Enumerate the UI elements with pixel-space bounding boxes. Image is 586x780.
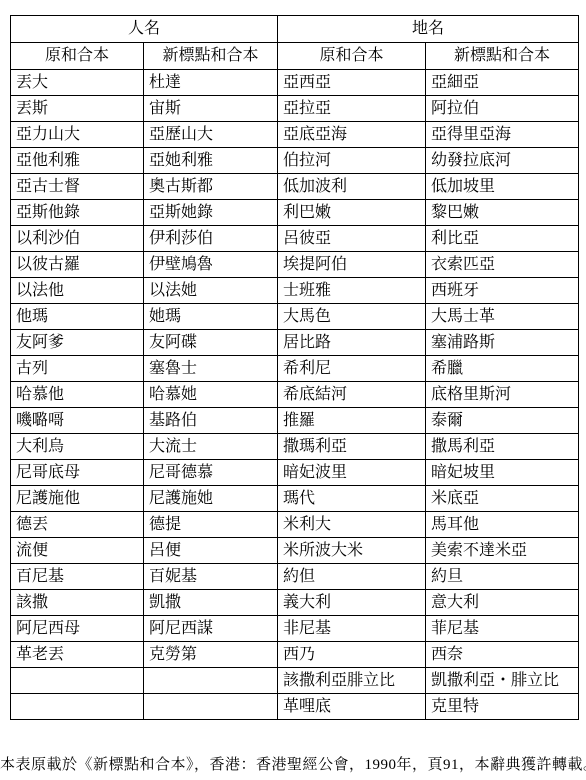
table-row: 嘰𡀔𠹭基路伯推羅泰爾	[11, 408, 579, 434]
table-cell: 伊壁鳩魯	[144, 252, 278, 278]
table-cell: 流便	[11, 538, 144, 564]
table-cell: 大馬士革	[426, 304, 579, 330]
table-cell: 希利尼	[278, 356, 426, 382]
table-cell: 古列	[11, 356, 144, 382]
table-row: 該撒凱撒義大利意大利	[11, 590, 579, 616]
table-cell: 百妮基	[144, 564, 278, 590]
table-cell: 米所波大米	[278, 538, 426, 564]
table-cell: 呂便	[144, 538, 278, 564]
table-cell: 尼哥德慕	[144, 460, 278, 486]
table-cell: 西奈	[426, 642, 579, 668]
table-cell: 利巴嫩	[278, 200, 426, 226]
table-cell: 亞得里亞海	[426, 122, 579, 148]
table-cell: 尼護施他	[11, 486, 144, 512]
table-cell: 撒瑪利亞	[278, 434, 426, 460]
table-row: 哈慕他哈慕她希底結河底格里斯河	[11, 382, 579, 408]
table-cell: 希底結河	[278, 382, 426, 408]
table-cell: 泰爾	[426, 408, 579, 434]
column-header-person-new: 新標點和合本	[144, 43, 278, 70]
table-cell: 亞他利雅	[11, 148, 144, 174]
table-row: 他瑪她瑪大馬色大馬士革	[11, 304, 579, 330]
table-cell: 亞斯他錄	[11, 200, 144, 226]
table-row: 古列塞魯士希利尼希臘	[11, 356, 579, 382]
table-cell: 杜達	[144, 70, 278, 96]
table-cell: 哈慕他	[11, 382, 144, 408]
table-cell: 該撒利亞腓立比	[278, 668, 426, 694]
table-cell: 居比路	[278, 330, 426, 356]
table-cell: 米底亞	[426, 486, 579, 512]
table-cell: 低加坡里	[426, 174, 579, 200]
table-cell: 衣索匹亞	[426, 252, 579, 278]
column-header-place-old: 原和合本	[278, 43, 426, 70]
table-cell: 阿尼西母	[11, 616, 144, 642]
table-row: 阿尼西母阿尼西謀非尼基菲尼基	[11, 616, 579, 642]
table-row: 德丟德提米利大馬耳他	[11, 512, 579, 538]
table-cell	[144, 694, 278, 720]
table-cell: 亞底亞海	[278, 122, 426, 148]
table-cell: 阿尼西謀	[144, 616, 278, 642]
table-cell: 凱撒	[144, 590, 278, 616]
table-cell: 克勞第	[144, 642, 278, 668]
table-cell: 丟大	[11, 70, 144, 96]
table-cell: 友阿爹	[11, 330, 144, 356]
table-cell: 大利烏	[11, 434, 144, 460]
table-cell: 奧古斯都	[144, 174, 278, 200]
table-cell: 大流士	[144, 434, 278, 460]
table-cell: 尼哥底母	[11, 460, 144, 486]
table-cell: 亞她利雅	[144, 148, 278, 174]
table-cell: 暗妃波里	[278, 460, 426, 486]
name-comparison-table: 人名 地名 原和合本 新標點和合本 原和合本 新標點和合本 丟大杜達亞西亞亞細亞…	[10, 15, 579, 720]
table-cell: 意大利	[426, 590, 579, 616]
table-cell: 伊利莎伯	[144, 226, 278, 252]
table-row: 革哩底克里特	[11, 694, 579, 720]
table-cell: 非尼基	[278, 616, 426, 642]
table-cell: 瑪代	[278, 486, 426, 512]
table-cell	[144, 668, 278, 694]
table-cell: 德提	[144, 512, 278, 538]
table-cell: 低加波利	[278, 174, 426, 200]
column-header-row: 原和合本 新標點和合本 原和合本 新標點和合本	[11, 43, 579, 70]
table-cell: 希臘	[426, 356, 579, 382]
table-cell: 利比亞	[426, 226, 579, 252]
table-cell: 大馬色	[278, 304, 426, 330]
table-cell: 嘰𡀔𠹭	[11, 408, 144, 434]
table-row: 以彼古羅伊壁鳩魯埃提阿伯衣索匹亞	[11, 252, 579, 278]
table-cell: 革老丟	[11, 642, 144, 668]
table-row: 尼護施他尼護施她瑪代米底亞	[11, 486, 579, 512]
table-cell: 亞力山大	[11, 122, 144, 148]
table-row: 尼哥底母尼哥德慕暗妃波里暗妃坡里	[11, 460, 579, 486]
table-cell: 伯拉河	[278, 148, 426, 174]
table-cell: 西乃	[278, 642, 426, 668]
person-names-group-header: 人名	[11, 16, 278, 43]
table-cell: 撒馬利亞	[426, 434, 579, 460]
table-row: 亞斯他錄亞斯她錄利巴嫩黎巴嫩	[11, 200, 579, 226]
table-cell: 埃提阿伯	[278, 252, 426, 278]
table-cell: 約旦	[426, 564, 579, 590]
table-cell: 他瑪	[11, 304, 144, 330]
table-cell: 哈慕她	[144, 382, 278, 408]
table-cell: 美索不達米亞	[426, 538, 579, 564]
table-cell: 菲尼基	[426, 616, 579, 642]
table-cell: 克里特	[426, 694, 579, 720]
table-row: 亞力山大亞歷山大亞底亞海亞得里亞海	[11, 122, 579, 148]
column-header-person-old: 原和合本	[11, 43, 144, 70]
table-cell: 丟斯	[11, 96, 144, 122]
table-cell: 米利大	[278, 512, 426, 538]
group-header-row: 人名 地名	[11, 16, 579, 43]
table-row: 丟斯宙斯亞拉亞阿拉伯	[11, 96, 579, 122]
table-row: 亞他利雅亞她利雅伯拉河幼發拉底河	[11, 148, 579, 174]
table-cell	[11, 694, 144, 720]
table-cell: 亞斯她錄	[144, 200, 278, 226]
table-cell: 尼護施她	[144, 486, 278, 512]
table-cell: 宙斯	[144, 96, 278, 122]
table-row: 友阿爹友阿碟居比路塞浦路斯	[11, 330, 579, 356]
table-cell: 推羅	[278, 408, 426, 434]
table-cell: 亞歷山大	[144, 122, 278, 148]
table-cell: 以利沙伯	[11, 226, 144, 252]
table-cell: 她瑪	[144, 304, 278, 330]
table-row: 亞古士督奧古斯都低加波利低加坡里	[11, 174, 579, 200]
table-cell: 士班雅	[278, 278, 426, 304]
table-row: 該撒利亞腓立比凱撒利亞・腓立比	[11, 668, 579, 694]
table-row: 大利烏大流士撒瑪利亞撒馬利亞	[11, 434, 579, 460]
table-row: 以法他以法她士班雅西班牙	[11, 278, 579, 304]
table-row: 丟大杜達亞西亞亞細亞	[11, 70, 579, 96]
table-cell: 革哩底	[278, 694, 426, 720]
table-cell: 約但	[278, 564, 426, 590]
table-cell	[11, 668, 144, 694]
place-names-group-header: 地名	[278, 16, 579, 43]
table-cell: 西班牙	[426, 278, 579, 304]
table-cell: 該撒	[11, 590, 144, 616]
table-cell: 幼發拉底河	[426, 148, 579, 174]
table-cell: 亞古士督	[11, 174, 144, 200]
table-cell: 凱撒利亞・腓立比	[426, 668, 579, 694]
column-header-place-new: 新標點和合本	[426, 43, 579, 70]
table-row: 流便呂便米所波大米美索不達米亞	[11, 538, 579, 564]
table-row: 百尼基百妮基約但約旦	[11, 564, 579, 590]
table-body: 丟大杜達亞西亞亞細亞丟斯宙斯亞拉亞阿拉伯亞力山大亞歷山大亞底亞海亞得里亞海亞他利…	[11, 70, 579, 720]
table-cell: 呂彼亞	[278, 226, 426, 252]
table-row: 以利沙伯伊利莎伯呂彼亞利比亞	[11, 226, 579, 252]
table-cell: 友阿碟	[144, 330, 278, 356]
table-cell: 亞拉亞	[278, 96, 426, 122]
table-cell: 亞西亞	[278, 70, 426, 96]
table-cell: 暗妃坡里	[426, 460, 579, 486]
table-row: 革老丟克勞第西乃西奈	[11, 642, 579, 668]
table-cell: 基路伯	[144, 408, 278, 434]
source-note: 本表原載於《新標點和合本》，香港：香港聖經公會，1990年，頁91，本辭典獲許轉…	[0, 753, 586, 774]
table-cell: 以法他	[11, 278, 144, 304]
table-cell: 以彼古羅	[11, 252, 144, 278]
table-cell: 阿拉伯	[426, 96, 579, 122]
table-cell: 底格里斯河	[426, 382, 579, 408]
table-cell: 義大利	[278, 590, 426, 616]
table-cell: 黎巴嫩	[426, 200, 579, 226]
table-cell: 塞浦路斯	[426, 330, 579, 356]
table-cell: 塞魯士	[144, 356, 278, 382]
table-cell: 德丟	[11, 512, 144, 538]
table-cell: 馬耳他	[426, 512, 579, 538]
table-cell: 以法她	[144, 278, 278, 304]
table-cell: 百尼基	[11, 564, 144, 590]
dictionary-page: 人名 地名 原和合本 新標點和合本 原和合本 新標點和合本 丟大杜達亞西亞亞細亞…	[0, 0, 586, 780]
table-cell: 亞細亞	[426, 70, 579, 96]
